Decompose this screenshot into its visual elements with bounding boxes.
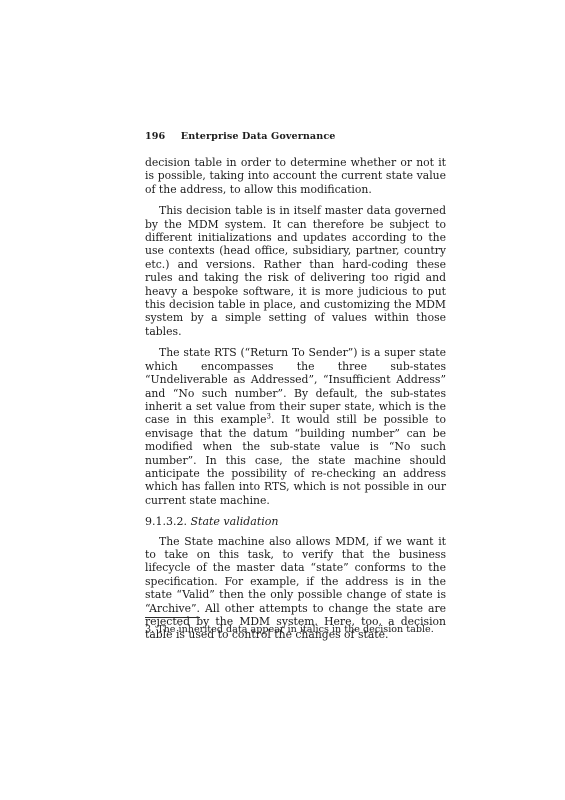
footnote-rule xyxy=(145,617,200,618)
section-title: State validation xyxy=(190,515,278,528)
footnote-text: The inherited data appear in italics in … xyxy=(157,624,434,635)
paragraph-continuation: decision table in order to determine whe… xyxy=(145,156,446,196)
section-heading: 9.1.3.2. State validation xyxy=(145,515,446,528)
footnote: 3. The inherited data appear in italics … xyxy=(145,624,446,636)
running-header: 196 Enterprise Data Governance xyxy=(145,131,446,142)
footnote-area: 3. The inherited data appear in italics … xyxy=(145,617,446,636)
footnote-marker: 3. xyxy=(145,624,154,635)
running-title: Enterprise Data Governance xyxy=(181,131,336,142)
book-page: 196 Enterprise Data Governance decision … xyxy=(0,0,565,800)
paragraph-decision-table: This decision table is in itself master … xyxy=(145,204,446,338)
page-number: 196 xyxy=(145,131,165,142)
paragraph-rts-super-state: The state RTS (“Return To Sender”) is a … xyxy=(145,346,446,507)
section-number: 9.1.3.2. xyxy=(145,515,187,528)
paragraph-text-after-footnote-ref: . It would still be possible to envisage… xyxy=(145,413,446,506)
page-body: decision table in order to determine whe… xyxy=(145,156,446,650)
